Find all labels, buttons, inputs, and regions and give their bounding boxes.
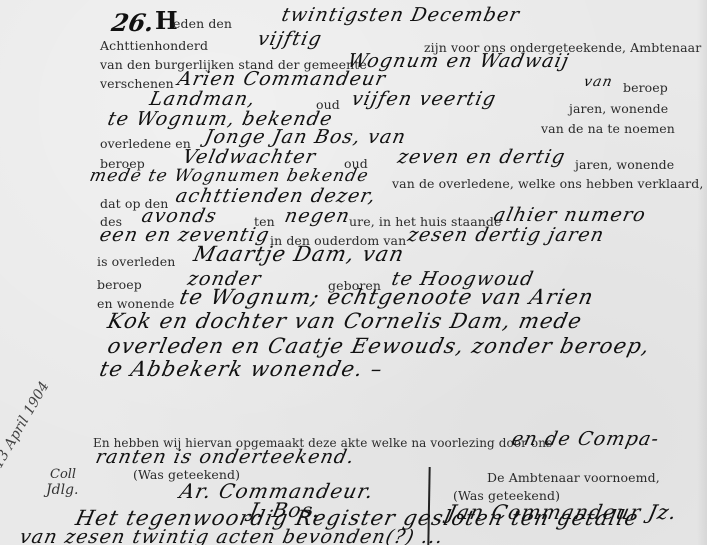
hand-van: van — [582, 74, 614, 90]
page-edge-shadow — [697, 0, 707, 545]
hand-closing-compa: en de Compa- — [510, 428, 662, 450]
hand-parents-line-3: te Abbekerk wonende. – — [97, 357, 385, 381]
printed-beroep-3: beroep — [97, 277, 142, 292]
hand-year: vijftig — [256, 28, 325, 50]
margin-note-date: 13 April 1904 — [0, 379, 53, 471]
hand-date-day: twintigsten December — [280, 4, 523, 26]
record-number: 26. — [109, 8, 156, 37]
printed-overledene-en: overledene en — [100, 136, 191, 151]
printed-heden-den: eden den — [173, 16, 232, 31]
printed-is-overleden: is overleden — [97, 254, 175, 269]
hand-deceased-name: Maartje Dam, van — [191, 242, 406, 266]
hand-deceased-residence-spouse: te Wognum; echtgenoote van Arien — [177, 285, 596, 309]
hand-declarant-1-name: Arien Commandeur — [176, 68, 389, 90]
printed-achttienhonderd: Achttienhonderd — [100, 38, 208, 53]
hand-closing-signed: ranten is onderteekend. — [94, 446, 357, 468]
hand-footer-line-2: van zesen twintig acten bevonden(?) ... — [18, 526, 446, 545]
hand-parents-line-2: overleden en Caatje Eewouds, zonder bero… — [105, 334, 652, 358]
printed-beroep: beroep — [623, 80, 668, 95]
hand-declarant-1-age: vijfen veertig — [350, 88, 499, 110]
printed-ambtenaar-voornoemd: De Ambtenaar voornoemd, — [487, 470, 660, 485]
margin-note-initials: Jdlg. — [46, 482, 78, 498]
hand-declarant-2-name: Jonge Jan Bos, van — [203, 126, 409, 148]
hand-house-location: alhier numero — [492, 204, 649, 226]
hand-deceased-age: zesen dertig jaren — [406, 224, 607, 246]
hand-declarant-2-age: zeven en dertig — [396, 146, 568, 168]
margin-note-coll: Coll — [50, 467, 76, 482]
printed-jaren-wonende-2: jaren, wonende — [575, 157, 674, 172]
printed-na-te-noemen: van de na te noemen — [541, 121, 675, 136]
printed-jaren-wonende: jaren, wonende — [569, 101, 668, 116]
printed-verklaard: van de overledene, welke ons hebben verk… — [392, 176, 703, 191]
hand-death-date: achttienden dezer, — [174, 185, 379, 207]
hand-hour: negen — [283, 205, 353, 227]
hand-declarant-1-occupation: Landman, — [148, 88, 258, 110]
document-page: 26. H eden den twintigsten December Acht… — [0, 0, 707, 545]
hand-parents-line-1: Kok en dochter van Cornelis Dam, mede — [105, 309, 584, 333]
hand-declarant-2-occupation: Veldwachter — [181, 146, 319, 168]
hand-declarant-2-residence: mede te Wognumen bekende — [88, 166, 371, 186]
